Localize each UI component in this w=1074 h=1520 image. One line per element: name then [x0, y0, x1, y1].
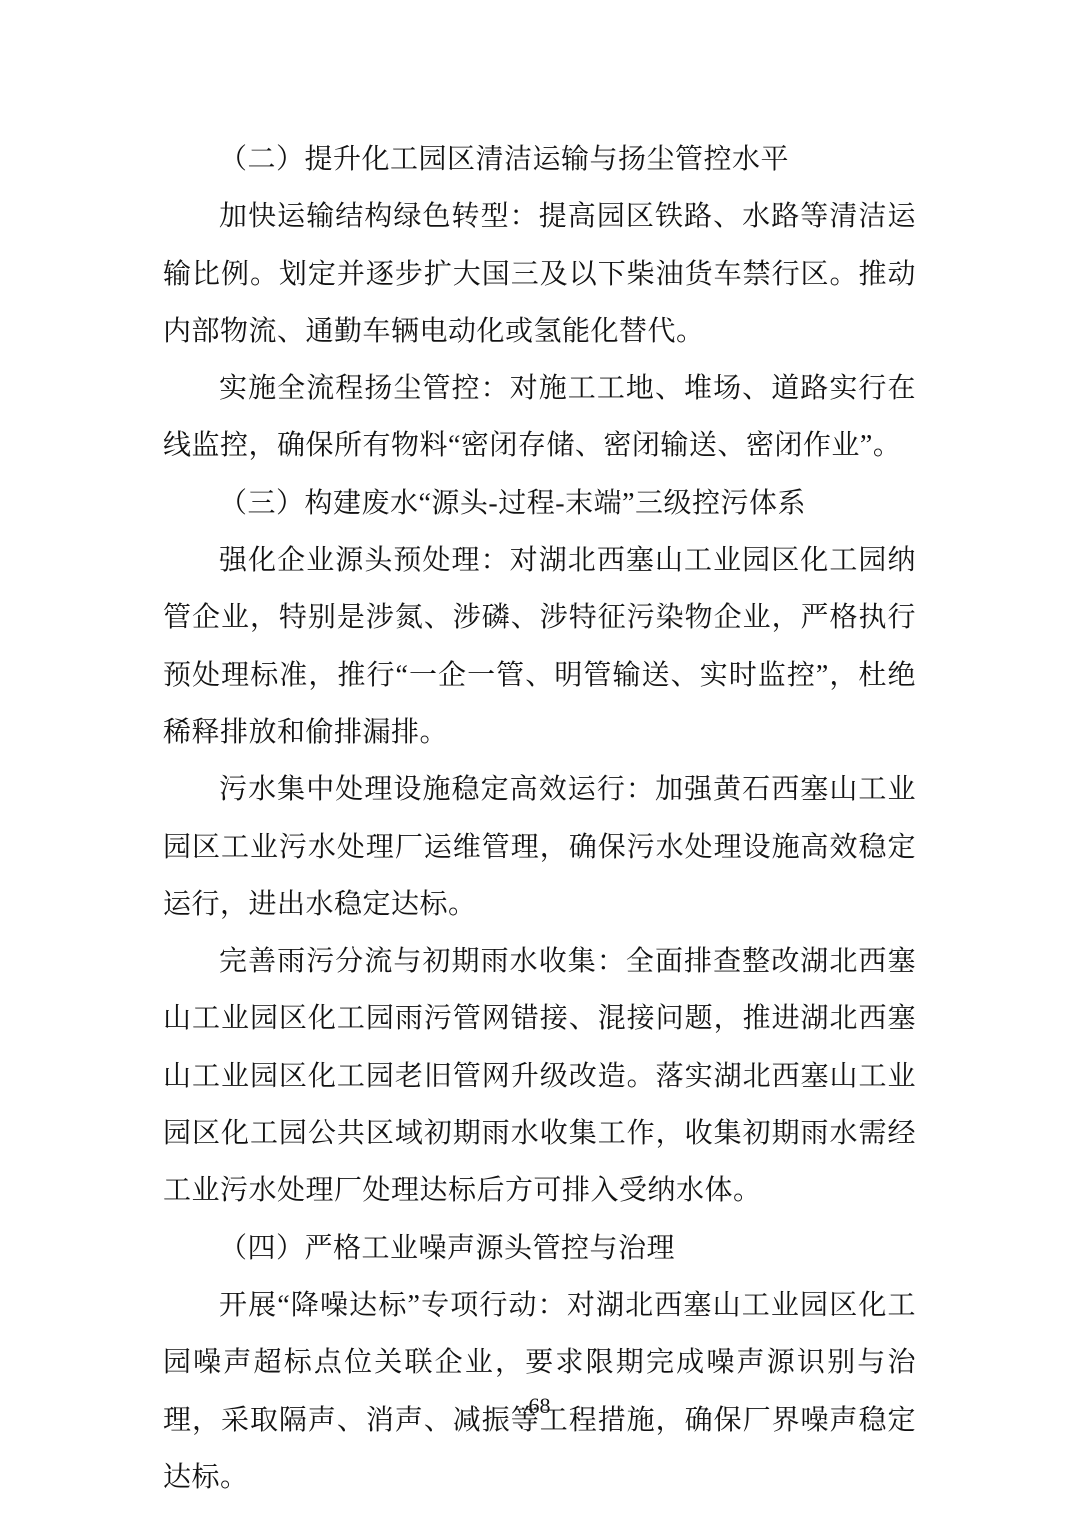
- section-heading-4: （四）严格工业噪声源头管控与治理: [163, 1220, 916, 1277]
- body-paragraph: 强化企业源头预处理：对湖北西塞山工业园区化工园纳管企业，特别是涉氮、涉磷、涉特征…: [163, 532, 916, 761]
- body-paragraph: 加快运输结构绿色转型：提高园区铁路、水路等清洁运输比例。划定并逐步扩大国三及以下…: [163, 188, 916, 360]
- section-heading-3: （三）构建废水“源头-过程-末端”三级控污体系: [163, 475, 916, 532]
- body-paragraph: 污水集中处理设施稳定高效运行：加强黄石西塞山工业园区工业污水处理厂运维管理，确保…: [163, 761, 916, 933]
- document-body: （二）提升化工园区清洁运输与扬尘管控水平 加快运输结构绿色转型：提高园区铁路、水…: [163, 131, 916, 1506]
- page-number: 68: [163, 1392, 916, 1420]
- body-paragraph: 实施全流程扬尘管控：对施工工地、堆场、道路实行在线监控，确保所有物料“密闭存储、…: [163, 360, 916, 475]
- body-paragraph: 完善雨污分流与初期雨水收集：全面排查整改湖北西塞山工业园区化工园雨污管网错接、混…: [163, 933, 916, 1219]
- section-heading-2: （二）提升化工园区清洁运输与扬尘管控水平: [163, 131, 916, 188]
- document-page: （二）提升化工园区清洁运输与扬尘管控水平 加快运输结构绿色转型：提高园区铁路、水…: [0, 0, 1074, 1520]
